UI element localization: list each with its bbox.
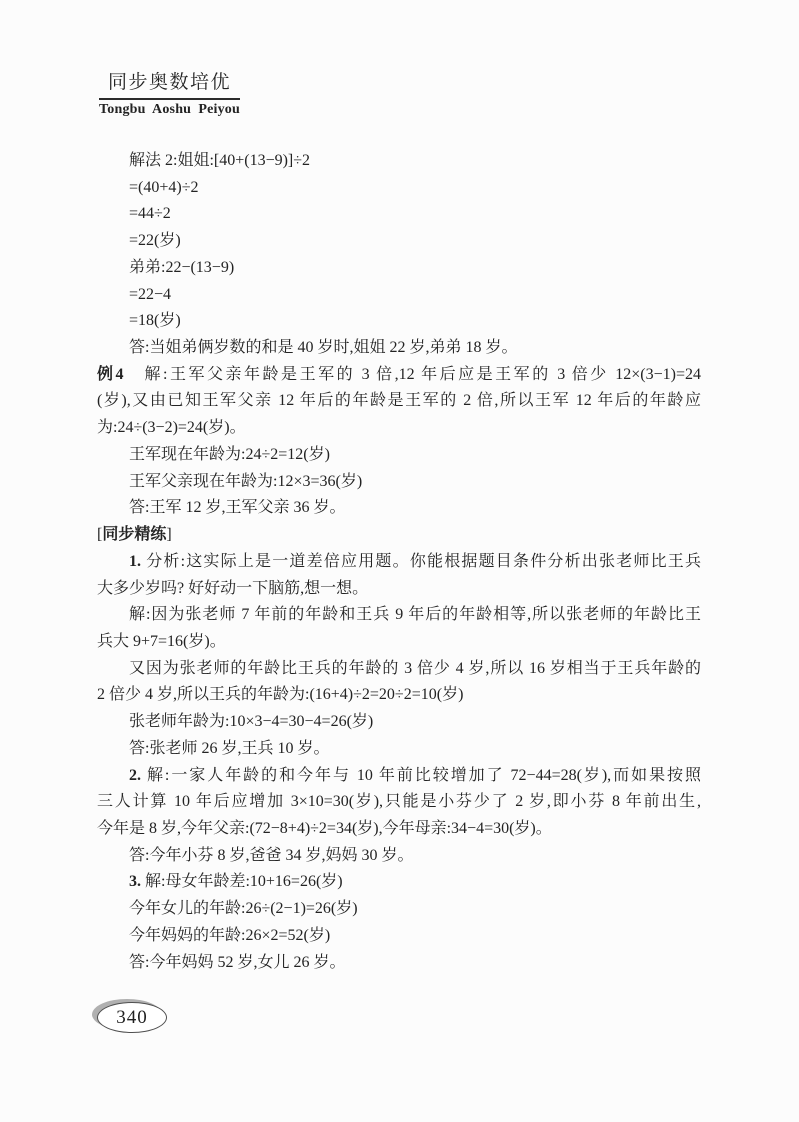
text-run: ] — [166, 526, 171, 543]
text-line: =22(岁) — [97, 228, 701, 255]
text-line: =(40+4)÷2 — [97, 175, 701, 202]
text-line: 今年女儿的年龄:26÷(2−1)=26(岁) — [97, 896, 701, 923]
text-line: 2. 解:一家人年龄的和今年与 10 年前比较增加了 72−44=28(岁),而… — [97, 763, 701, 790]
text-line: 2 倍少 4 岁,所以王兵的年龄为:(16+4)÷2=20÷2=10(岁) — [97, 682, 701, 709]
text-run: 弟弟:22−(13−9) — [129, 259, 234, 276]
section-heading: [同步精练] — [97, 522, 701, 549]
text-run: 分析:这实际上是一道差倍应用题。你能根据题目条件分析出张老师比王兵 — [141, 553, 701, 570]
text-run: 王军现在年龄为:24÷2=12(岁) — [129, 446, 330, 463]
page-number-badge: 340 — [97, 1002, 167, 1033]
text-run: 为:24÷(3−2)=24(岁)。 — [97, 419, 246, 436]
text-run: 答:张老师 26 岁,王兵 10 岁。 — [129, 740, 329, 757]
text-line: 兵大 9+7=16(岁)。 — [97, 629, 701, 656]
text-run: 兵大 9+7=16(岁)。 — [97, 633, 226, 650]
text-line: 解法 2:姐姐:[40+(13−9)]÷2 — [97, 148, 701, 175]
text-line: (岁),又由已知王军父亲 12 年后的年龄是王军的 2 倍,所以王军 12 年后… — [97, 388, 701, 415]
solution-text-block: 解法 2:姐姐:[40+(13−9)]÷2=(40+4)÷2=44÷2=22(岁… — [97, 148, 701, 976]
text-run: 答:今年小芬 8 岁,爸爸 34 岁,妈妈 30 岁。 — [129, 847, 413, 864]
text-run: 张老师年龄为:10×3−4=30−4=26(岁) — [129, 713, 373, 730]
text-line: 为:24÷(3−2)=24(岁)。 — [97, 415, 701, 442]
text-run: 今年是 8 岁,今年父亲:(72−8+4)÷2=34(岁),今年母亲:34−4=… — [97, 820, 552, 837]
text-line: 答:当姐弟俩岁数的和是 40 岁时,姐姐 22 岁,弟弟 18 岁。 — [97, 335, 701, 362]
text-line: 三人计算 10 年后应增加 3×10=30(岁),只能是小芬少了 2 岁,即小芬… — [97, 789, 701, 816]
text-line: 王军现在年龄为:24÷2=12(岁) — [97, 442, 701, 469]
text-line: 3. 解:母女年龄差:10+16=26(岁) — [97, 869, 701, 896]
text-line: 张老师年龄为:10×3−4=30−4=26(岁) — [97, 709, 701, 736]
bold-run: 1. — [129, 553, 141, 570]
book-page: 同步奥数培优 Tongbu Aoshu Peiyou 解法 2:姐姐:[40+(… — [0, 0, 799, 1122]
text-run: 答:当姐弟俩岁数的和是 40 岁时,姐姐 22 岁,弟弟 18 岁。 — [129, 339, 517, 356]
page-header: 同步奥数培优 Tongbu Aoshu Peiyou — [99, 70, 240, 118]
text-run: 解法 2:姐姐:[40+(13−9)]÷2 — [129, 152, 310, 169]
text-line: 例4 解:王军父亲年龄是王军的 3 倍,12 年后应是王军的 3 倍少 12×(… — [97, 362, 701, 389]
bold-run: 2. — [129, 767, 141, 784]
text-run: =44÷2 — [129, 205, 171, 222]
text-line: 答:今年小芬 8 岁,爸爸 34 岁,妈妈 30 岁。 — [97, 843, 701, 870]
text-run: (岁),又由已知王军父亲 12 年后的年龄是王军的 2 倍,所以王军 12 年后… — [97, 392, 701, 409]
bold-run: 3. — [129, 873, 141, 890]
text-run: =(40+4)÷2 — [129, 179, 198, 196]
text-line: 又因为张老师的年龄比王兵的年龄的 3 倍少 4 岁,所以 16 岁相当于王兵年龄… — [97, 656, 701, 683]
text-line: 答:王军 12 岁,王军父亲 36 岁。 — [97, 495, 701, 522]
text-run: 解:因为张老师 7 年前的年龄和王兵 9 年后的年龄相等,所以张老师的年龄比王 — [129, 606, 701, 623]
text-line: =22−4 — [97, 282, 701, 309]
text-run: 三人计算 10 年后应增加 3×10=30(岁),只能是小芬少了 2 岁,即小芬… — [97, 793, 701, 810]
text-run: 今年女儿的年龄:26÷(2−1)=26(岁) — [129, 900, 358, 917]
text-run: 王军父亲现在年龄为:12×3=36(岁) — [129, 473, 362, 490]
text-run: 2 倍少 4 岁,所以王兵的年龄为:(16+4)÷2=20÷2=10(岁) — [97, 686, 463, 703]
bold-run: 同步精练 — [102, 526, 166, 543]
text-line: 大多少岁吗? 好好动一下脑筋,想一想。 — [97, 576, 701, 603]
text-run: 答:王军 12 岁,王军父亲 36 岁。 — [129, 499, 345, 516]
text-line: 解:因为张老师 7 年前的年龄和王兵 9 年后的年龄相等,所以张老师的年龄比王 — [97, 602, 701, 629]
text-run: 解:母女年龄差:10+16=26(岁) — [141, 873, 343, 890]
text-line: =44÷2 — [97, 201, 701, 228]
text-run: 解:一家人年龄的和今年与 10 年前比较增加了 72−44=28(岁),而如果按… — [141, 767, 701, 784]
text-run: 又因为张老师的年龄比王兵的年龄的 3 倍少 4 岁,所以 16 岁相当于王兵年龄… — [129, 660, 701, 677]
text-run: =22−4 — [129, 286, 171, 303]
text-run: =22(岁) — [129, 232, 181, 249]
text-line: 王军父亲现在年龄为:12×3=36(岁) — [97, 469, 701, 496]
text-line: 弟弟:22−(13−9) — [97, 255, 701, 282]
text-run: =18(岁) — [129, 312, 181, 329]
text-run: 大多少岁吗? 好好动一下脑筋,想一想。 — [97, 580, 368, 597]
page-number: 340 — [116, 1007, 148, 1029]
series-title-pinyin: Tongbu Aoshu Peiyou — [99, 102, 240, 118]
text-line: 今年妈妈的年龄:26×2=52(岁) — [97, 923, 701, 950]
text-line: 答:今年妈妈 52 岁,女儿 26 岁。 — [97, 950, 701, 977]
text-run: 答:今年妈妈 52 岁,女儿 26 岁。 — [129, 954, 345, 971]
text-run: 解:王军父亲年龄是王军的 3 倍,12 年后应是王军的 3 倍少 12×(3−1… — [124, 366, 701, 383]
text-line: 今年是 8 岁,今年父亲:(72−8+4)÷2=34(岁),今年母亲:34−4=… — [97, 816, 701, 843]
bold-run: 例4 — [97, 366, 124, 383]
series-title-chinese: 同步奥数培优 — [99, 70, 240, 100]
text-run: 今年妈妈的年龄:26×2=52(岁) — [129, 927, 330, 944]
text-line: 答:张老师 26 岁,王兵 10 岁。 — [97, 736, 701, 763]
text-line: 1. 分析:这实际上是一道差倍应用题。你能根据题目条件分析出张老师比王兵 — [97, 549, 701, 576]
text-line: =18(岁) — [97, 308, 701, 335]
